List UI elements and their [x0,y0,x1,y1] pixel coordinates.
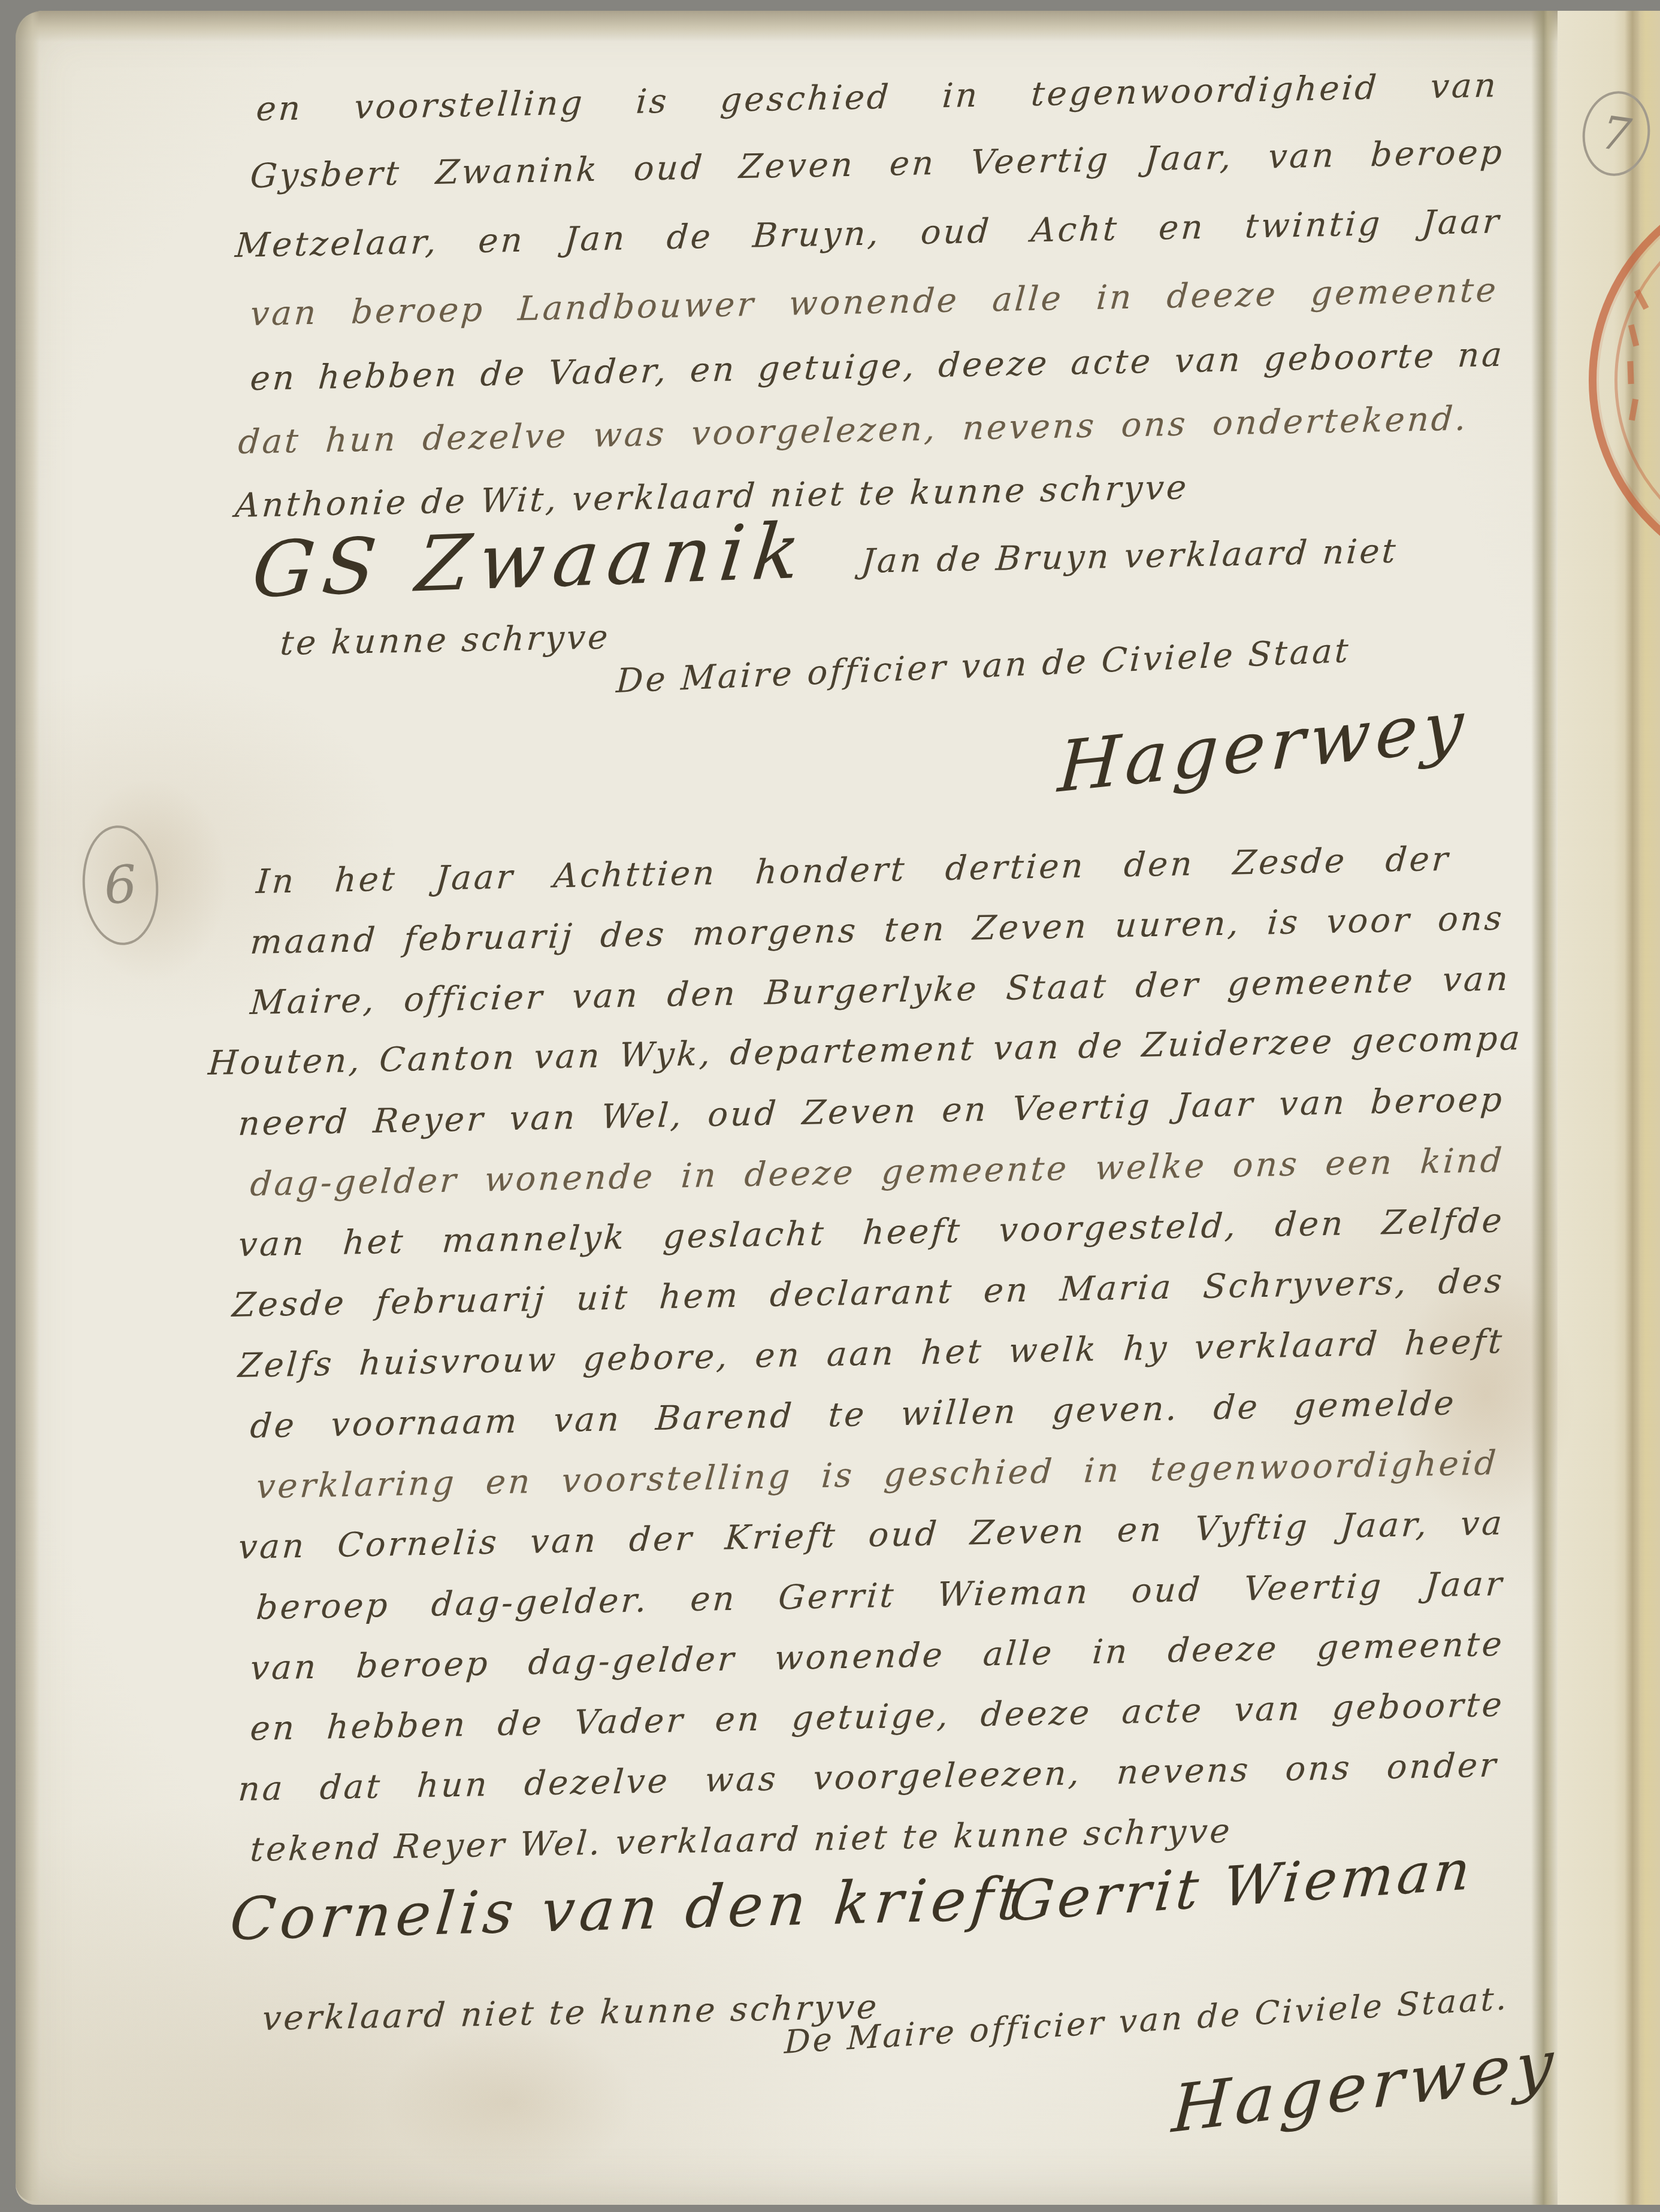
page-left-edge [16,12,40,2201]
page-number: 7 [1598,105,1634,162]
entry-number: 6 [102,854,139,916]
scanned-register-photo: 7 en voorstelling is geschied in tegenwo… [0,0,1660,2212]
stamp-letter-mark [1627,361,1634,384]
manuscript-line: te kunne schryve [279,618,612,663]
binding-fold [1531,11,1559,2205]
page-top-edge [18,11,1635,42]
